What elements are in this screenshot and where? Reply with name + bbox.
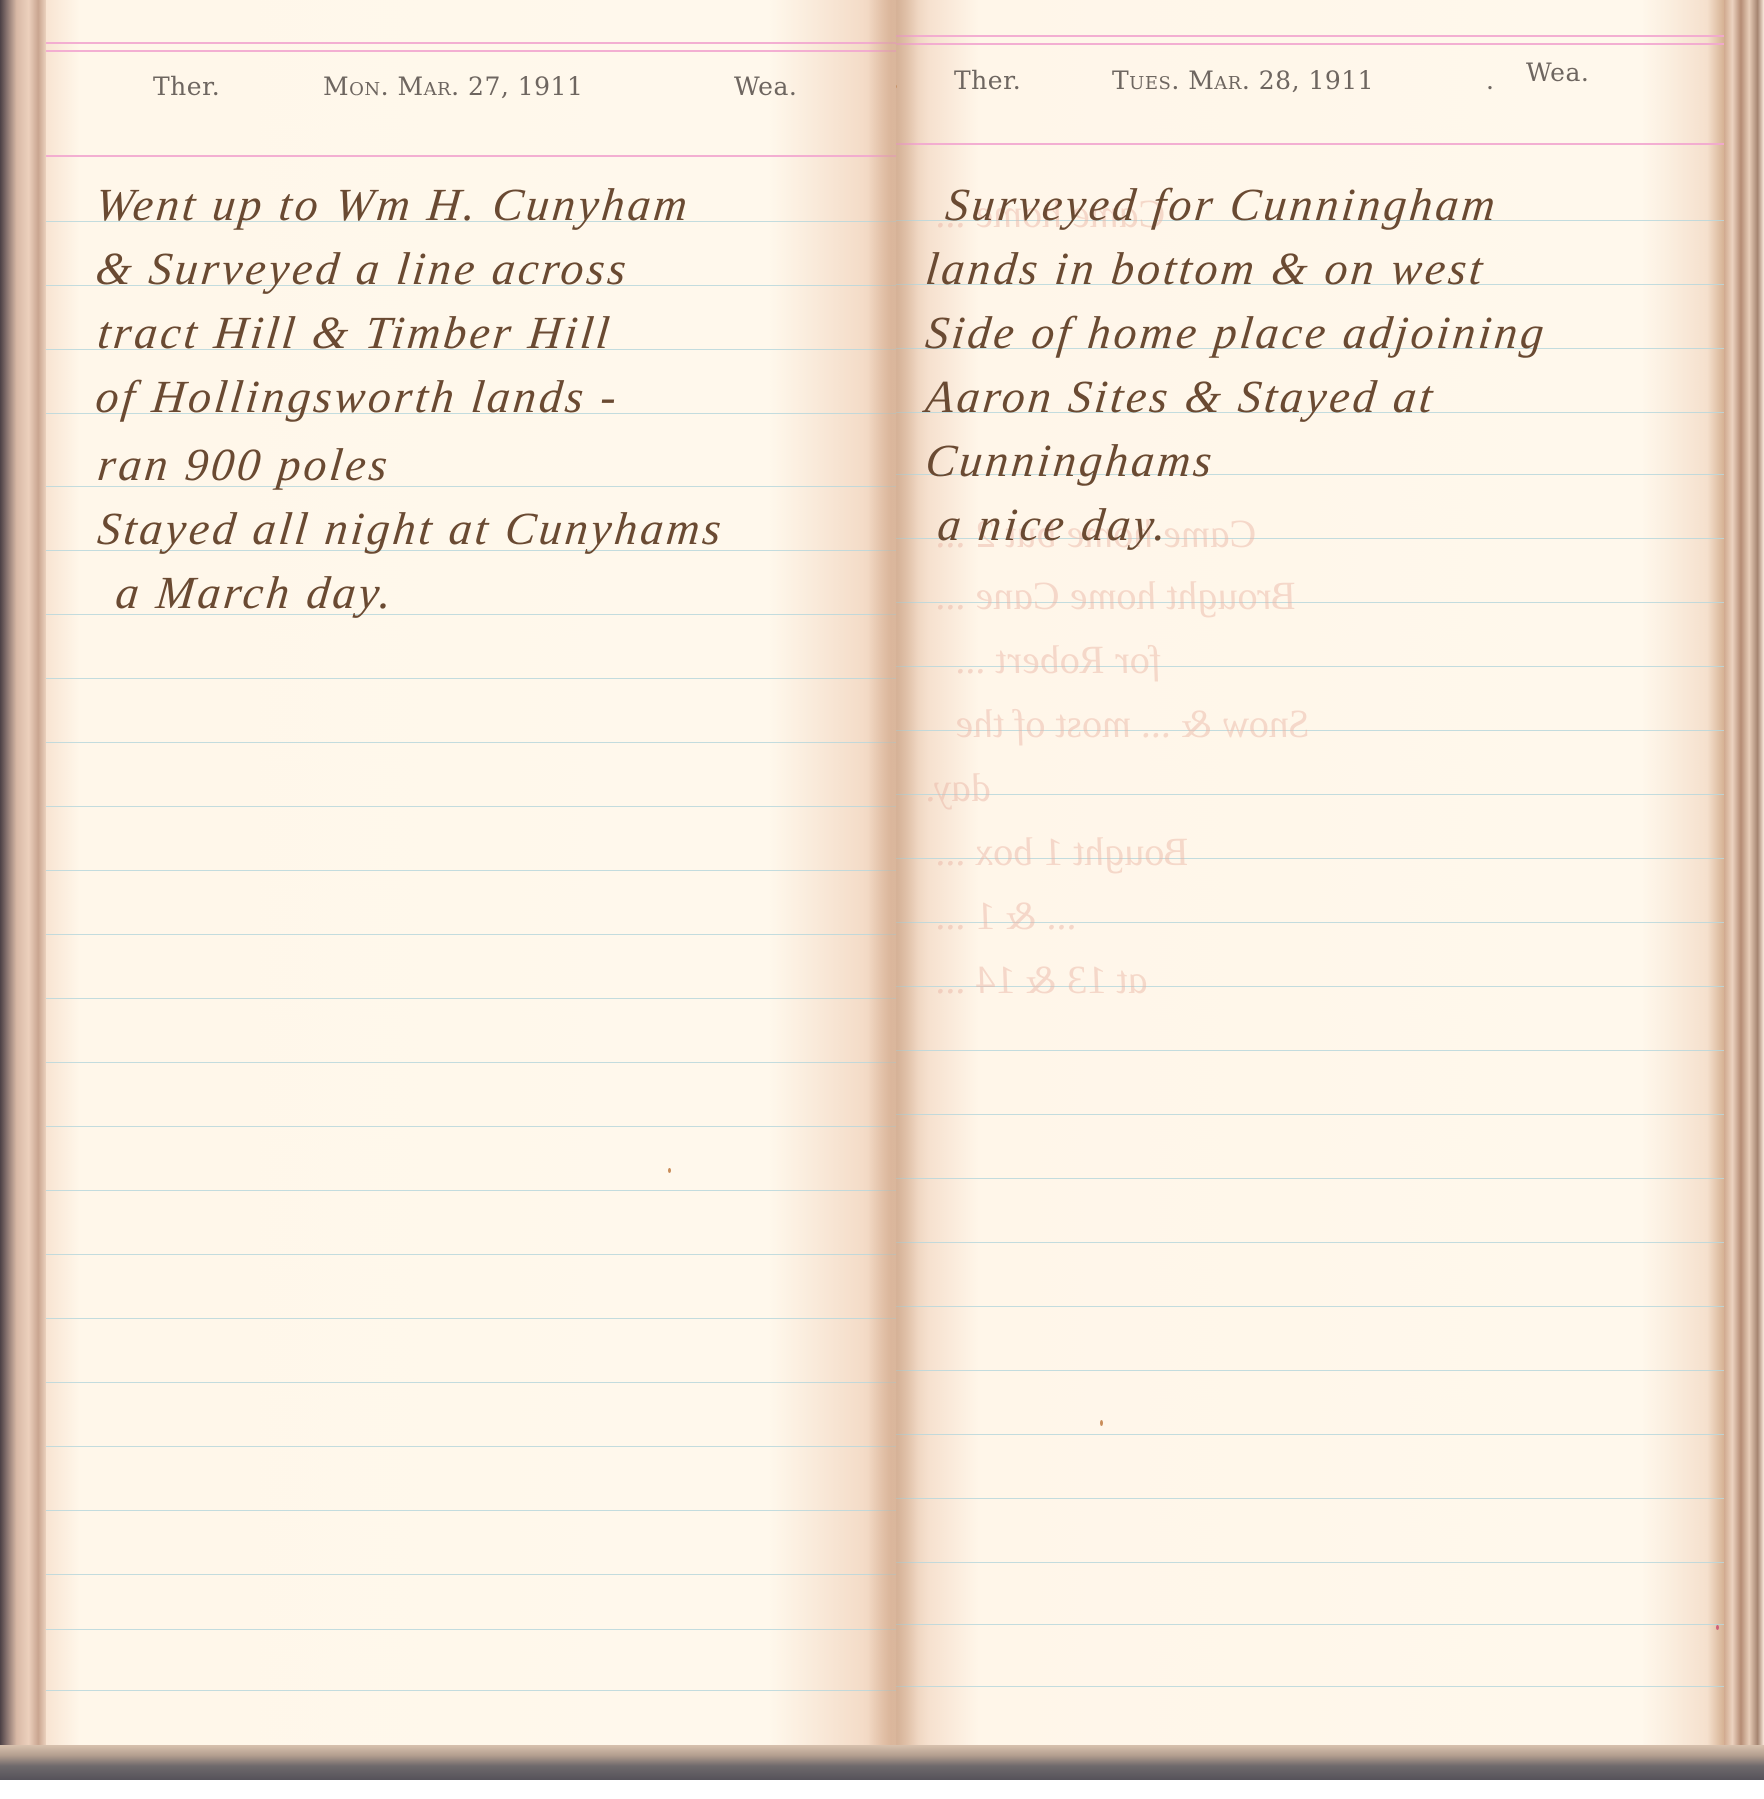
ink-speck — [1716, 1625, 1719, 1630]
date-heading: Tues. Mar. 28, 1911 — [1112, 66, 1374, 95]
bleed-through-line: day. — [923, 764, 995, 811]
ink-speck — [1100, 1420, 1103, 1426]
ruled-line — [46, 678, 896, 679]
ruled-line — [46, 1382, 896, 1383]
bleed-through-line: Snow & ... most of the — [953, 700, 1313, 747]
ruled-line — [46, 870, 896, 871]
entry-line: Surveyed for Cunningham — [943, 178, 1501, 231]
right-page: Came home ... Came home but 2 ... Brough… — [896, 0, 1724, 1745]
header-rule-bottom — [46, 155, 896, 157]
ruled-line — [896, 1306, 1724, 1307]
entry-line: a nice day. — [935, 498, 1172, 551]
wea-label: Wea. — [1526, 58, 1589, 87]
entry-line: lands in bottom & on west — [923, 242, 1488, 295]
book-bottom-edge — [0, 1745, 1764, 1780]
bleed-through-line: ... & 1 ... — [933, 892, 1081, 939]
ruled-line — [46, 1574, 896, 1575]
header-rule-top-1 — [896, 35, 1724, 37]
entry-line: Cunninghams — [923, 434, 1217, 487]
entry-line: tract Hill & Timber Hill — [95, 306, 615, 359]
ruled-line — [896, 1624, 1724, 1625]
left-page: Ther. Mon. Mar. 27, 1911 Wea. Went up to… — [46, 0, 896, 1745]
ruled-line — [896, 1178, 1724, 1179]
entry-line: ran 900 poles — [95, 438, 393, 491]
header-rule-bottom — [896, 143, 1724, 145]
ther-label: Ther. — [954, 66, 1021, 95]
entry-line: Went up to Wm H. Cunyham — [93, 178, 693, 231]
ruled-line — [896, 1242, 1724, 1243]
bleed-through-line: Brought home Cane ... — [933, 572, 1300, 619]
header-rule-top-2 — [46, 50, 896, 52]
ruled-line — [46, 742, 896, 743]
header-rule-top-1 — [46, 42, 896, 44]
page-header-left: Ther. Mon. Mar. 27, 1911 Wea. — [46, 72, 896, 112]
ink-speck — [668, 1168, 671, 1173]
ruled-line — [46, 1510, 896, 1511]
ruled-line — [896, 1050, 1724, 1051]
date-heading: Mon. Mar. 27, 1911 — [323, 72, 583, 101]
entry-line: of Hollingsworth lands - — [93, 370, 622, 423]
ruled-line — [896, 1498, 1724, 1499]
ruled-line — [46, 1190, 896, 1191]
entry-line: Stayed all night at Cunyhams — [95, 502, 726, 555]
ruled-line — [46, 1629, 896, 1630]
bleed-through-line: Bought 1 box ... — [933, 828, 1193, 875]
diary-scan: Ther. Mon. Mar. 27, 1911 Wea. Went up to… — [0, 0, 1764, 1799]
ruled-line — [46, 1446, 896, 1447]
book-page-edges-left — [0, 0, 48, 1780]
ruled-line — [896, 1114, 1724, 1115]
ruled-line — [46, 806, 896, 807]
ruled-line — [46, 998, 896, 999]
ruled-line — [46, 934, 896, 935]
ruled-line — [896, 1370, 1724, 1371]
entry-line: & Surveyed a line across — [93, 242, 631, 295]
entry-line: Side of home place adjoining — [923, 306, 1549, 359]
ruled-line — [896, 794, 1724, 795]
page-header-right: Ther. Tues. Mar. 28, 1911 . Wea. — [896, 66, 1724, 106]
wea-label: Wea. — [734, 72, 797, 101]
ruled-line — [896, 1686, 1724, 1687]
ruled-line — [46, 1318, 896, 1319]
ruled-line — [896, 1562, 1724, 1563]
bleed-through-line: for Robert ... — [953, 636, 1165, 683]
book-page-edges-right — [1722, 0, 1764, 1780]
header-rule-top-2 — [896, 43, 1724, 45]
ruled-line — [46, 1062, 896, 1063]
entry-line: Aaron Sites & Stayed at — [923, 370, 1438, 423]
ruled-line — [46, 1254, 896, 1255]
entry-line: a March day. — [113, 566, 397, 619]
ruled-line — [896, 1434, 1724, 1435]
header-separator: . — [1486, 66, 1494, 95]
ruled-line — [46, 1690, 896, 1691]
ruled-line — [46, 1126, 896, 1127]
bleed-through-line: at 13 & 14 ... — [933, 956, 1152, 1003]
ther-label: Ther. — [153, 72, 220, 101]
